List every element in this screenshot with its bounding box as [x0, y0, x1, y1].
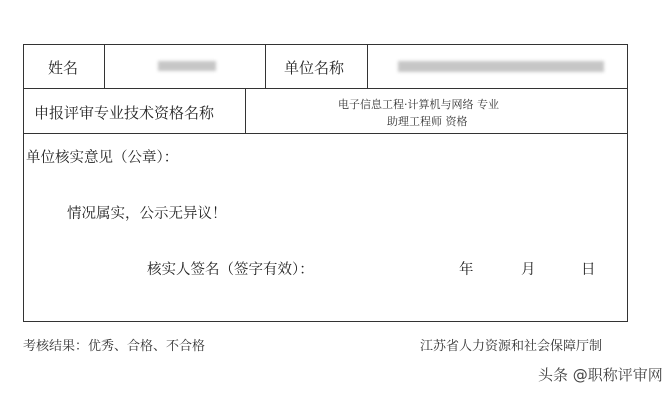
row-divider-2: [24, 133, 627, 135]
signature-label: 核实人签名（签字有效）：: [147, 258, 314, 279]
qualification-line1: 电子信息工程·计算机与网络 专业: [338, 96, 499, 112]
name-value-redacted: [158, 61, 216, 71]
qualification-label: 申报评审专业技术资格名称: [34, 102, 214, 123]
col-divider-r1-3: [367, 45, 369, 89]
qualification-line2: 助理工程师 资格: [387, 113, 468, 129]
opinion-label: 单位核实意见（公章）：: [26, 146, 178, 167]
row-divider-1: [24, 88, 627, 90]
verification-form-table: 姓名 单位名称 申报评审专业技术资格名称 电子信息工程·计算机与网络 专业 助理…: [23, 44, 628, 322]
col-divider-r1-1: [104, 45, 106, 89]
issuer-text: 江苏省人力资源和社会保障厅制: [420, 335, 602, 354]
col-divider-r1-2: [265, 45, 267, 89]
watermark-text: 头条 @职称评审网: [538, 364, 663, 385]
col-divider-r2-1: [245, 88, 247, 133]
name-label: 姓名: [48, 57, 78, 78]
assessment-result-text: 考核结果：优秀、合格、不合格: [23, 335, 205, 354]
opinion-text: 情况属实，公示无异议！: [67, 202, 227, 223]
date-day: 日: [581, 258, 596, 279]
date-year: 年: [459, 258, 474, 279]
unit-label: 单位名称: [284, 57, 344, 78]
date-month: 月: [521, 258, 536, 279]
unit-value-redacted: [398, 61, 604, 72]
